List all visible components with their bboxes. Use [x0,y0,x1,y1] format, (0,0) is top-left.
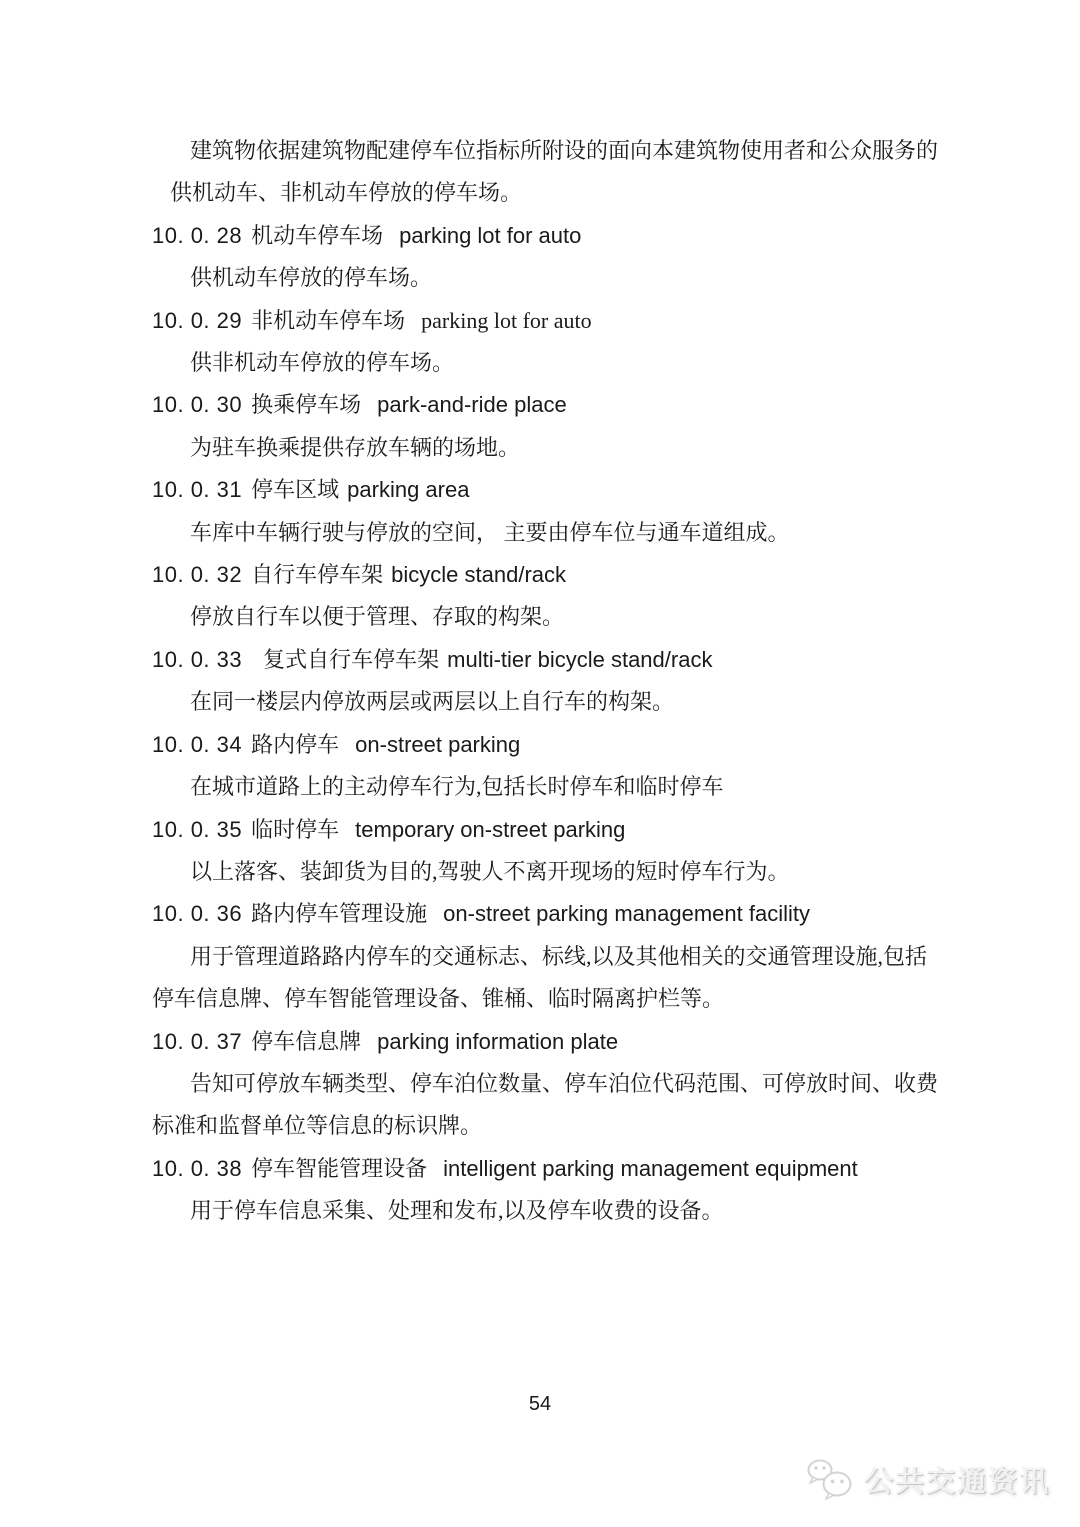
term-definition: 以上落客、装卸货为目的,驾驶人不离开现场的短时停车行为。 [152,851,952,893]
term-name-en: parking lot for auto [399,223,581,248]
term-name-zh: 停车智能管理设备 [251,1156,427,1181]
publisher-watermark: 公共交通资讯 [806,1458,1050,1500]
term-heading: 10. 0. 34路内停车on-street parking [152,724,952,766]
term-heading: 10. 0. 33复式自行车停车架multi-tier bicycle stan… [152,639,952,681]
term-entry-10-0-34: 10. 0. 34路内停车on-street parking 在城市道路上的主动… [152,724,952,809]
term-definition: 停放自行车以便于管理、存取的构架。 [152,596,952,638]
document-page: 建筑物依据建筑物配建停车位指标所附设的面向本建筑物使用者和公众服务的 供机动车、… [0,0,1080,1527]
term-name-en: park-and-ride place [377,392,567,417]
term-heading: 10. 0. 37停车信息牌parking information plate [152,1021,952,1063]
term-entry-10-0-29: 10. 0. 29非机动车停车场parking lot for auto 供非机… [152,300,952,385]
term-definition: 在同一楼层内停放两层或两层以上自行车的构架。 [152,681,952,723]
terminology-section: 建筑物依据建筑物配建停车位指标所附设的面向本建筑物使用者和公众服务的 供机动车、… [152,130,952,1233]
term-definition: 供非机动车停放的停车场。 [152,342,952,384]
term-heading: 10. 0. 36路内停车管理设施on-street parking manag… [152,893,952,935]
term-number: 10. 0. 37 [152,1029,242,1054]
term-name-en: parking area [347,477,469,502]
term-heading: 10. 0. 29非机动车停车场parking lot for auto [152,300,952,342]
term-number: 10. 0. 35 [152,817,242,842]
term-heading: 10. 0. 38停车智能管理设备intelligent parking man… [152,1148,952,1190]
term-heading: 10. 0. 35临时停车temporary on-street parking [152,809,952,851]
term-definition: 用于停车信息采集、处理和发布,以及停车收费的设备。 [152,1190,952,1232]
term-entry-10-0-35: 10. 0. 35临时停车temporary on-street parking… [152,809,952,894]
term-heading: 10. 0. 30换乘停车场park-and-ride place [152,384,952,426]
term-name-zh: 机动车停车场 [251,223,383,248]
term-name-zh: 换乘停车场 [251,392,361,417]
term-definition-continued: 标准和监督单位等信息的标识牌。 [152,1105,952,1147]
term-definition-continued: 停车信息牌、停车智能管理设备、锥桶、临时隔离护栏等。 [152,978,952,1020]
wechat-icon [806,1458,854,1500]
term-number: 10. 0. 31 [152,477,242,502]
term-entry-10-0-32: 10. 0. 32自行车停车架bicycle stand/rack 停放自行车以… [152,554,952,639]
term-name-en: temporary on-street parking [355,817,625,842]
page-number: 54 [0,1390,1080,1418]
term-name-en: on-street parking management facility [443,901,810,926]
term-name-zh: 路内停车 [251,732,339,757]
term-entry-10-0-31: 10. 0. 31停车区域parking area 车库中车辆行驶与停放的空间，… [152,469,952,554]
term-name-en: bicycle stand/rack [391,562,566,587]
term-number: 10. 0. 38 [152,1156,242,1181]
term-name-zh: 非机动车停车场 [251,308,405,333]
term-entry-10-0-28: 10. 0. 28机动车停车场parking lot for auto 供机动车… [152,215,952,300]
term-entry-10-0-38: 10. 0. 38停车智能管理设备intelligent parking man… [152,1148,952,1233]
term-heading: 10. 0. 28机动车停车场parking lot for auto [152,215,952,257]
term-name-zh: 停车区域 [251,477,339,502]
term-definition: 供机动车停放的停车场。 [152,257,952,299]
intro-line-1: 建筑物依据建筑物配建停车位指标所附设的面向本建筑物使用者和公众服务的 [152,130,952,172]
term-name-en: on-street parking [355,732,520,757]
term-name-en: parking lot for auto [421,308,591,333]
term-name-en: multi-tier bicycle stand/rack [447,647,712,672]
term-entry-10-0-33: 10. 0. 33复式自行车停车架multi-tier bicycle stan… [152,639,952,724]
term-definition: 为驻车换乘提供存放车辆的场地。 [152,427,952,469]
watermark-text: 公共交通资讯 [864,1459,1050,1500]
term-number: 10. 0. 30 [152,392,242,417]
term-name-en: parking information plate [377,1029,618,1054]
term-name-zh: 复式自行车停车架 [263,647,439,672]
term-number: 10. 0. 33 [152,647,242,672]
term-entry-10-0-36: 10. 0. 36路内停车管理设施on-street parking manag… [152,893,952,1020]
term-definition: 用于管理道路路内停车的交通标志、标线,以及其他相关的交通管理设施,包括 [152,936,952,978]
intro-line-2: 供机动车、非机动车停放的停车场。 [152,172,952,214]
term-definition: 告知可停放车辆类型、停车泊位数量、停车泊位代码范围、可停放时间、收费 [152,1063,952,1105]
term-number: 10. 0. 29 [152,308,242,333]
term-name-zh: 临时停车 [251,817,339,842]
term-name-zh: 路内停车管理设施 [251,901,427,926]
term-number: 10. 0. 34 [152,732,242,757]
term-definition: 在城市道路上的主动停车行为,包括长时停车和临时停车 [152,766,952,808]
term-name-zh: 自行车停车架 [251,562,383,587]
term-name-en: intelligent parking management equipment [443,1156,858,1181]
page-number-value: 54 [529,1393,551,1415]
term-entry-10-0-37: 10. 0. 37停车信息牌parking information plate … [152,1021,952,1148]
term-number: 10. 0. 28 [152,223,242,248]
term-entry-10-0-30: 10. 0. 30换乘停车场park-and-ride place 为驻车换乘提… [152,384,952,469]
term-heading: 10. 0. 32自行车停车架bicycle stand/rack [152,554,952,596]
term-number: 10. 0. 36 [152,901,242,926]
term-number: 10. 0. 32 [152,562,242,587]
term-heading: 10. 0. 31停车区域parking area [152,469,952,511]
term-name-zh: 停车信息牌 [251,1029,361,1054]
term-definition: 车库中车辆行驶与停放的空间， 主要由停车位与通车道组成。 [152,512,952,554]
